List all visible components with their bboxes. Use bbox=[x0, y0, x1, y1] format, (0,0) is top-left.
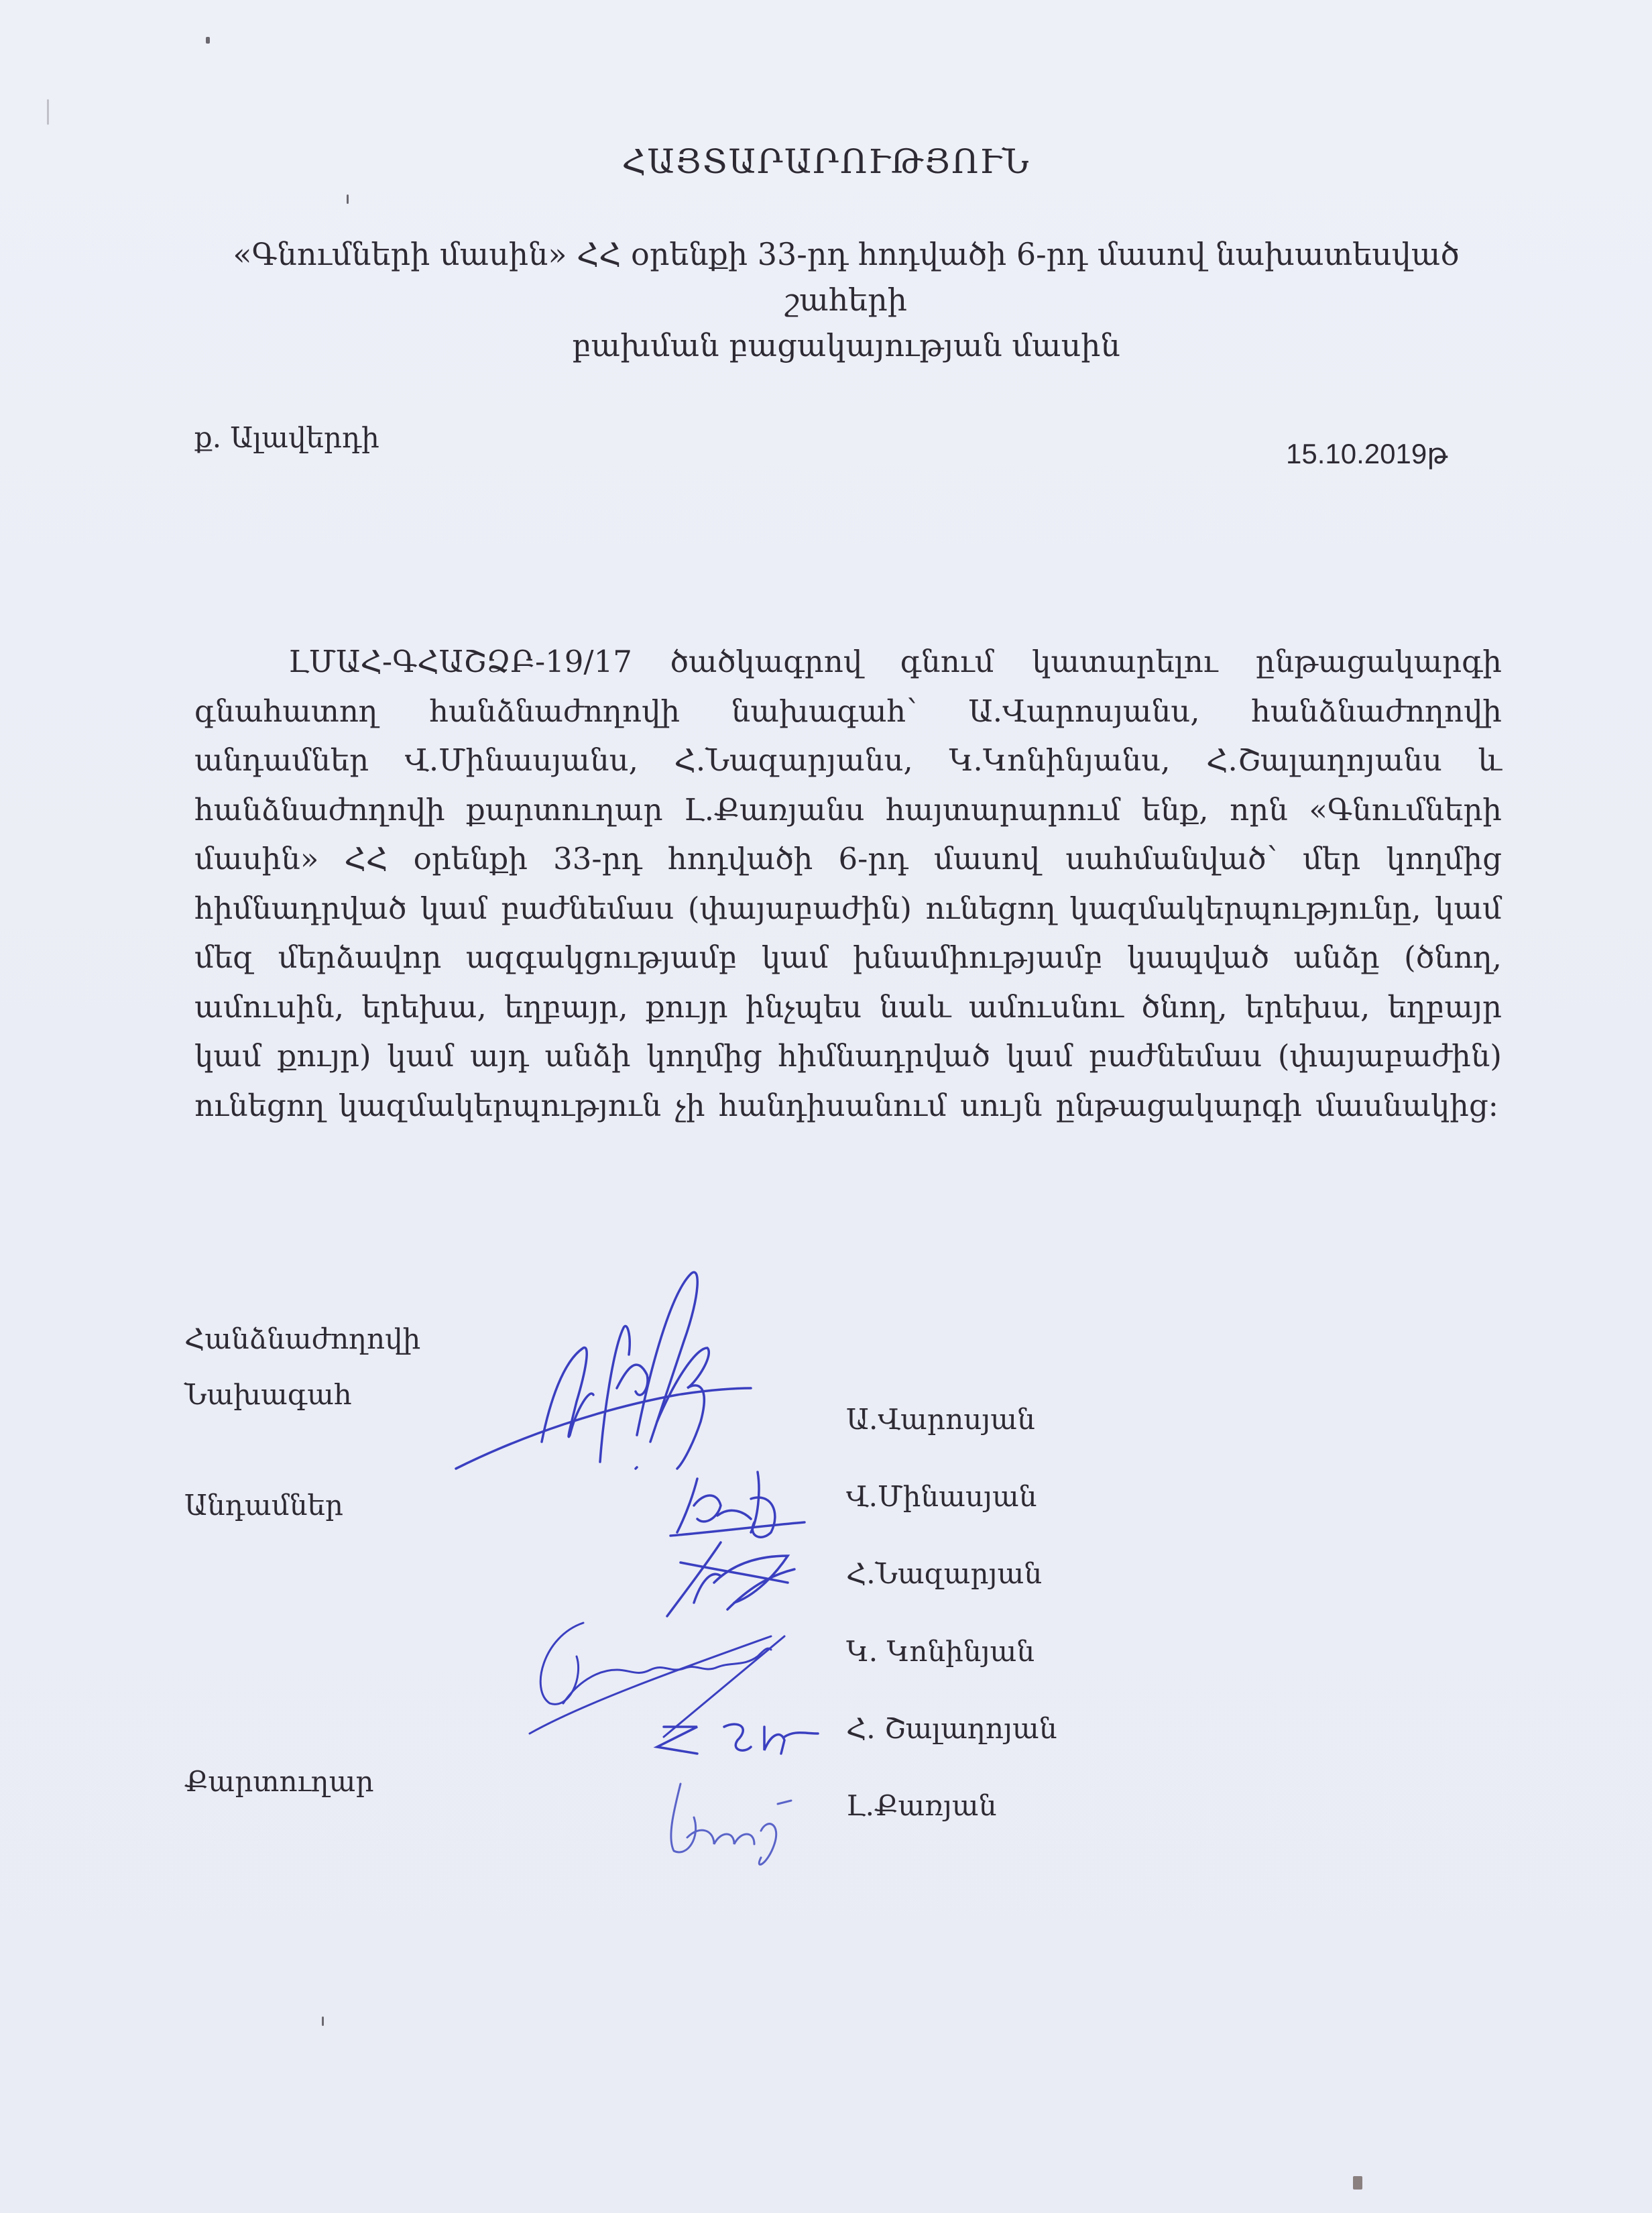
scan-speck bbox=[322, 2017, 324, 2026]
member-name: Հ. Շալաղոյան bbox=[846, 1712, 1057, 1745]
scan-speck bbox=[47, 99, 49, 125]
scan-speck bbox=[347, 194, 349, 204]
member-name: Կ. Կոնինյան bbox=[846, 1635, 1035, 1668]
signature-member bbox=[670, 1452, 831, 1546]
member-name: Լ.Քառյան bbox=[846, 1789, 996, 1822]
role-chair-label: Նախագահ bbox=[184, 1378, 352, 1411]
member-name: Ա.Վարոսյան bbox=[846, 1403, 1035, 1436]
role-secretary-label: Քարտուղար bbox=[184, 1765, 374, 1798]
document-date: 15.10.2019թ bbox=[1286, 437, 1448, 470]
document-title: ՀԱՅՏԱՐԱՐՈՒԹՅՈՒՆ bbox=[0, 142, 1652, 181]
scanned-document-page: ՀԱՅՏԱՐԱՐՈՒԹՅՈՒՆ «Գնումների մասին» ՀՀ օրե… bbox=[0, 0, 1652, 2213]
scan-speck bbox=[1353, 2176, 1362, 2190]
signature-chair bbox=[456, 1267, 831, 1482]
member-name: Հ.Նազարյան bbox=[846, 1557, 1042, 1590]
member-name: Վ.Մինասյան bbox=[846, 1480, 1037, 1513]
role-committee-label: Հանձնաժողովի bbox=[184, 1322, 420, 1355]
subtitle-line-2: բախման բացակայության մասին bbox=[201, 323, 1491, 368]
signature-initials bbox=[650, 1713, 851, 1774]
signature-secretary bbox=[660, 1777, 821, 1878]
scan-speck bbox=[206, 37, 210, 44]
document-subtitle: «Գնումների մասին» ՀՀ օրենքի 33-րդ հոդված… bbox=[201, 231, 1491, 368]
declaration-body: ԼՄԱՀ-ԳՀԱՇՁԲ-19/17 ծածկագրով գնում կատարե… bbox=[194, 637, 1502, 1130]
role-members-label: Անդամներ bbox=[184, 1489, 343, 1522]
city-label: ք. Ալավերդի bbox=[194, 421, 379, 454]
subtitle-line-1: «Գնումների մասին» ՀՀ օրենքի 33-րդ հոդված… bbox=[201, 231, 1491, 323]
